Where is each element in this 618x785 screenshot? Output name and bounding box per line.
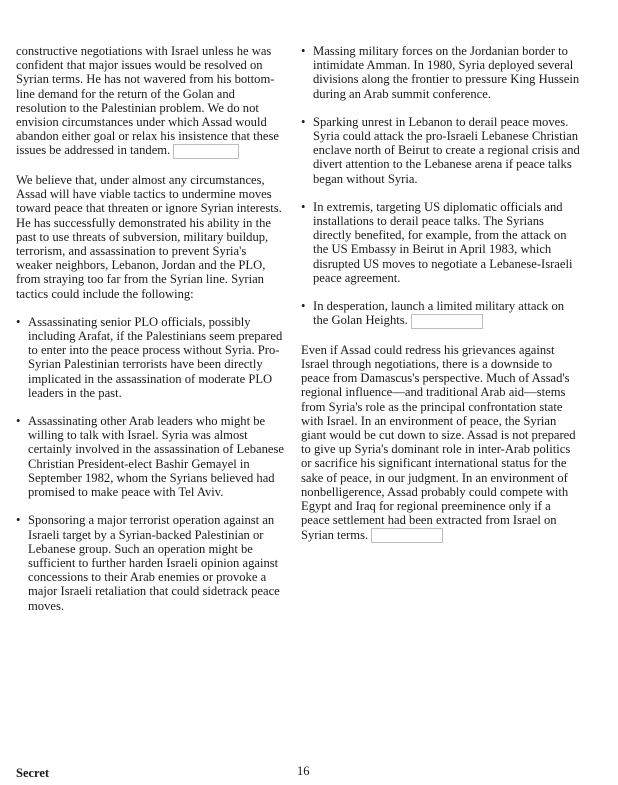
bullet-icon: • [16, 513, 20, 527]
bullet-item: •In extremis, targeting US diplomatic of… [301, 200, 581, 285]
bullet-icon: • [16, 414, 20, 428]
bullet-item: •Sponsoring a major terrorist operation … [16, 513, 284, 612]
redaction-box [371, 528, 443, 543]
redaction-box [411, 314, 483, 329]
paragraph: constructive negotiations with Israel un… [16, 44, 284, 159]
bullet-icon: • [16, 315, 20, 329]
redaction-box [173, 144, 239, 159]
bullet-icon: • [301, 200, 305, 214]
classification-label: Secret [16, 766, 49, 781]
paragraph: Even if Assad could redress his grievanc… [301, 343, 581, 543]
page-number: 16 [297, 764, 310, 779]
bullet-item: •Sparking unrest in Lebanon to derail pe… [301, 115, 581, 186]
bullet-item: •Massing military forces on the Jordania… [301, 44, 581, 101]
bullet-icon: • [301, 299, 305, 313]
bullet-item: •Assassinating senior PLO officials, pos… [16, 315, 284, 400]
right-column: •Massing military forces on the Jordania… [301, 44, 581, 557]
bullet-item: •Assassinating other Arab leaders who mi… [16, 414, 284, 499]
paragraph: We believe that, under almost any circum… [16, 173, 284, 301]
left-column: constructive negotiations with Israel un… [16, 44, 284, 627]
bullet-item: •In desperation, launch a limited milita… [301, 299, 581, 329]
bullet-icon: • [301, 115, 305, 129]
bullet-icon: • [301, 44, 305, 58]
